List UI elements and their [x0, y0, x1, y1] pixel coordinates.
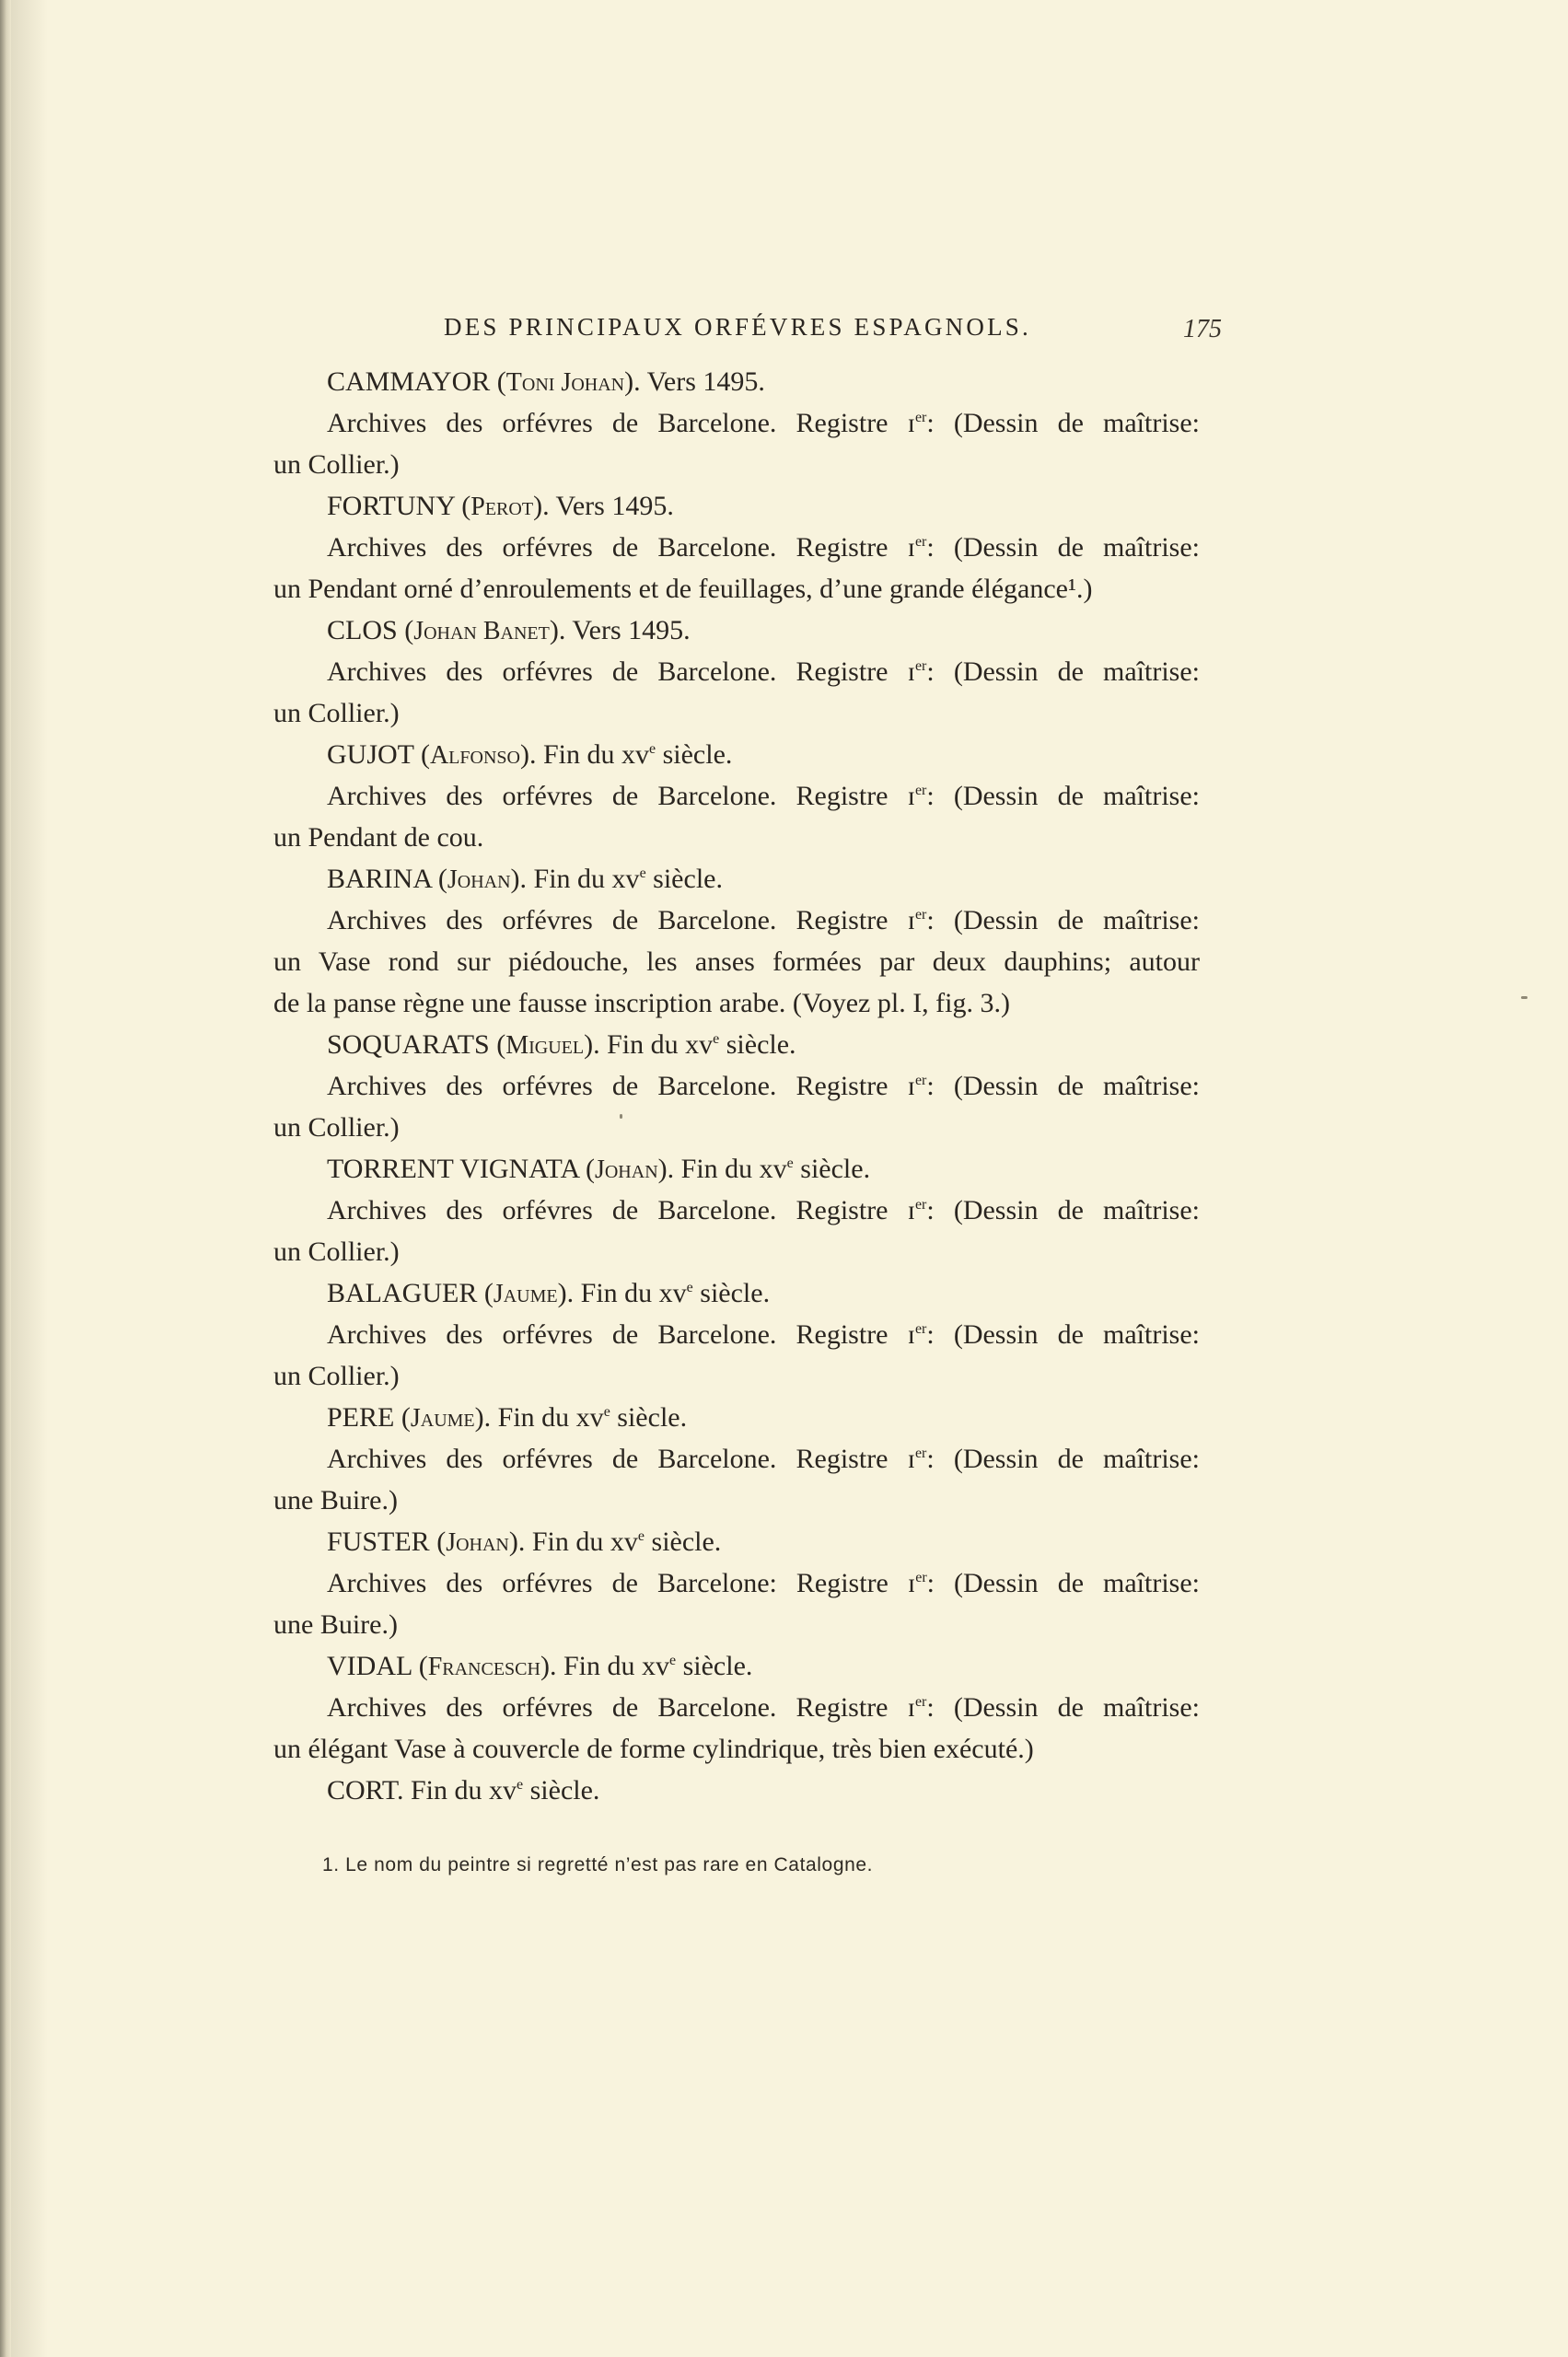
entry-description: un Collier.): [273, 444, 1200, 485]
entry-heading: SOQUARATS (Miguel). Fin du xve siècle.: [273, 1024, 1200, 1065]
goldsmith-firstname: Francesch: [428, 1653, 540, 1681]
goldsmith-firstname: Miguel: [505, 1031, 584, 1060]
entry-source: Archives des orfévres de Barcelone. Regi…: [273, 775, 1200, 817]
entry-description: un Collier.): [273, 1231, 1200, 1272]
entry-heading: VIDAL (Francesch). Fin du xve siècle.: [273, 1645, 1200, 1687]
entry-source: Archives des orfévres de Barcelone. Regi…: [273, 1438, 1200, 1480]
entry-source: Archives des orfévres de Barcelone. Regi…: [273, 1687, 1200, 1728]
entry-source: Archives des orfévres de Barcelone. Regi…: [273, 900, 1200, 941]
entry-date: . Fin du xve siècle.: [397, 1775, 599, 1805]
superscript: e: [713, 1031, 719, 1047]
superscript: er: [915, 1570, 926, 1585]
entry-description: une Buire.): [273, 1480, 1200, 1521]
goldsmith-firstname: Toni Johan: [506, 368, 624, 397]
entry-heading: GUJOT (Alfonso). Fin du xve siècle.: [273, 734, 1200, 775]
entry-source: Archives des orfévres de Barcelone. Regi…: [273, 527, 1200, 568]
superscript: e: [669, 1653, 676, 1668]
goldsmith-firstname: Perot: [470, 493, 533, 521]
entry-heading: TORRENT VIGNATA (Johan). Fin du xve sièc…: [273, 1148, 1200, 1190]
scan-speck: [1521, 996, 1527, 999]
entry-heading: BALAGUER (Jaume). Fin du xve siècle.: [273, 1272, 1200, 1314]
entry-description: un Vase rond sur piédouche, les anses fo…: [273, 941, 1200, 982]
entry-heading: CORT. Fin du xve siècle.: [273, 1770, 1200, 1811]
entry-description: de la panse règne une fausse inscription…: [273, 982, 1200, 1024]
entry-date: . Fin du xve siècle.: [484, 1402, 687, 1433]
superscript: e: [640, 865, 646, 881]
superscript: er: [915, 1694, 926, 1710]
entry-fuster: FUSTER (Johan). Fin du xve siècle.Archiv…: [273, 1521, 1200, 1645]
entry-source: Archives des orfévres de Barcelone. Regi…: [273, 1065, 1200, 1107]
entry-source: Archives des orfévres de Barcelone. Regi…: [273, 402, 1200, 444]
superscript: er: [915, 658, 926, 674]
entry-cort: CORT. Fin du xve siècle.: [273, 1770, 1200, 1811]
superscript: e: [787, 1155, 794, 1171]
entry-heading: PERE (Jaume). Fin du xve siècle.: [273, 1397, 1200, 1438]
superscript: e: [687, 1280, 693, 1295]
body-text: CAMMAYOR (Toni Johan). Vers 1495.Archive…: [273, 361, 1200, 1811]
goldsmith-name: SOQUARATS: [327, 1029, 490, 1060]
entry-cammayor: CAMMAYOR (Toni Johan). Vers 1495.Archive…: [273, 361, 1200, 485]
superscript: e: [604, 1404, 610, 1420]
goldsmith-firstname: Alfonso: [430, 741, 520, 770]
goldsmith-firstname: Johan Banet: [413, 617, 550, 645]
running-title: DES PRINCIPAUX ORFÉVRES ESPAGNOLS.: [444, 313, 1031, 342]
goldsmith-name: PERE: [327, 1402, 394, 1433]
entry-heading: CAMMAYOR (Toni Johan). Vers 1495.: [273, 361, 1200, 402]
entry-source: Archives des orfévres de Barcelone. Regi…: [273, 1190, 1200, 1231]
goldsmith-name: BALAGUER: [327, 1278, 477, 1308]
goldsmith-name: BARINA: [327, 864, 431, 894]
superscript: er: [915, 783, 926, 798]
superscript: er: [915, 410, 926, 425]
entry-description: une Buire.): [273, 1604, 1200, 1645]
entry-balaguer: BALAGUER (Jaume). Fin du xve siècle.Arch…: [273, 1272, 1200, 1397]
running-header: DES PRINCIPAUX ORFÉVRES ESPAGNOLS. 175: [444, 313, 1222, 350]
entry-date: . Fin du xve siècle.: [529, 739, 732, 770]
entry-date: . Fin du xve siècle.: [518, 1527, 721, 1557]
entry-source: Archives des orfévres de Barcelone: Regi…: [273, 1562, 1200, 1604]
goldsmith-name: CAMMAYOR: [327, 366, 490, 397]
entry-pere: PERE (Jaume). Fin du xve siècle.Archives…: [273, 1397, 1200, 1521]
superscript: er: [915, 1321, 926, 1337]
goldsmith-name: CLOS: [327, 615, 398, 645]
superscript: e: [517, 1777, 523, 1793]
footnote-number: 1.: [322, 1854, 340, 1875]
entry-fortuny: FORTUNY (Perot). Vers 1495.Archives des …: [273, 485, 1200, 610]
entry-date: . Vers 1495.: [633, 366, 765, 397]
entry-gujot: GUJOT (Alfonso). Fin du xve siècle.Archi…: [273, 734, 1200, 858]
entry-barina: BARINA (Johan). Fin du xve siècle.Archiv…: [273, 858, 1200, 1024]
entry-source: Archives des orfévres de Barcelone. Regi…: [273, 1314, 1200, 1355]
superscript: er: [915, 1197, 926, 1213]
entry-description: un Pendant orné d’enroulements et de feu…: [273, 568, 1200, 610]
goldsmith-name: CORT: [327, 1775, 397, 1805]
goldsmith-name: GUJOT: [327, 739, 413, 770]
entry-description: un élégant Vase à couvercle de forme cyl…: [273, 1728, 1200, 1770]
entry-torrent-vignata: TORRENT VIGNATA (Johan). Fin du xve sièc…: [273, 1148, 1200, 1272]
footnote: 1. Le nom du peintre si regretté n’est p…: [322, 1854, 967, 1876]
entry-description: un Collier.): [273, 1355, 1200, 1397]
entry-description: un Collier.): [273, 692, 1200, 734]
entry-date: . Fin du xve siècle.: [550, 1651, 752, 1681]
superscript: er: [915, 1446, 926, 1461]
goldsmith-firstname: Johan: [446, 1528, 509, 1557]
goldsmith-name: VIDAL: [327, 1651, 412, 1681]
entry-description: un Pendant de cou.: [273, 817, 1200, 858]
scan-speck: [620, 1114, 622, 1119]
superscript: er: [915, 534, 926, 550]
entry-source: Archives des orfévres de Barcelone. Regi…: [273, 651, 1200, 692]
goldsmith-firstname: Johan: [595, 1155, 658, 1184]
entry-date: . Fin du xve siècle.: [593, 1029, 796, 1060]
entry-heading: BARINA (Johan). Fin du xve siècle.: [273, 858, 1200, 900]
entry-soquarats: SOQUARATS (Miguel). Fin du xve siècle.Ar…: [273, 1024, 1200, 1148]
entry-date: . Fin du xve siècle.: [520, 864, 723, 894]
entry-heading: CLOS (Johan Banet). Vers 1495.: [273, 610, 1200, 651]
page-gutter-shadow: [11, 0, 48, 2357]
footnote-text: Le nom du peintre si regretté n’est pas …: [345, 1854, 873, 1875]
entry-vidal: VIDAL (Francesch). Fin du xve siècle.Arc…: [273, 1645, 1200, 1770]
entry-clos: CLOS (Johan Banet). Vers 1495.Archives d…: [273, 610, 1200, 734]
entry-heading: FORTUNY (Perot). Vers 1495.: [273, 485, 1200, 527]
entry-heading: FUSTER (Johan). Fin du xve siècle.: [273, 1521, 1200, 1562]
goldsmith-firstname: Jaume: [494, 1280, 558, 1308]
superscript: er: [915, 907, 926, 923]
superscript: e: [638, 1528, 645, 1544]
page-number: 175: [1183, 315, 1222, 344]
goldsmith-name: TORRENT VIGNATA: [327, 1154, 578, 1184]
goldsmith-firstname: Johan: [447, 865, 511, 894]
superscript: er: [915, 1073, 926, 1088]
goldsmith-firstname: Jaume: [411, 1404, 475, 1433]
entry-description: un Collier.): [273, 1107, 1200, 1148]
goldsmith-name: FUSTER: [327, 1527, 430, 1557]
goldsmith-name: FORTUNY: [327, 491, 455, 521]
entry-date: . Vers 1495.: [542, 491, 674, 521]
entry-date: . Fin du xve siècle.: [668, 1154, 870, 1184]
entry-date: . Fin du xve siècle.: [567, 1278, 770, 1308]
entry-date: . Vers 1495.: [559, 615, 691, 645]
superscript: e: [649, 741, 656, 757]
book-binding-edge: [0, 0, 11, 2357]
